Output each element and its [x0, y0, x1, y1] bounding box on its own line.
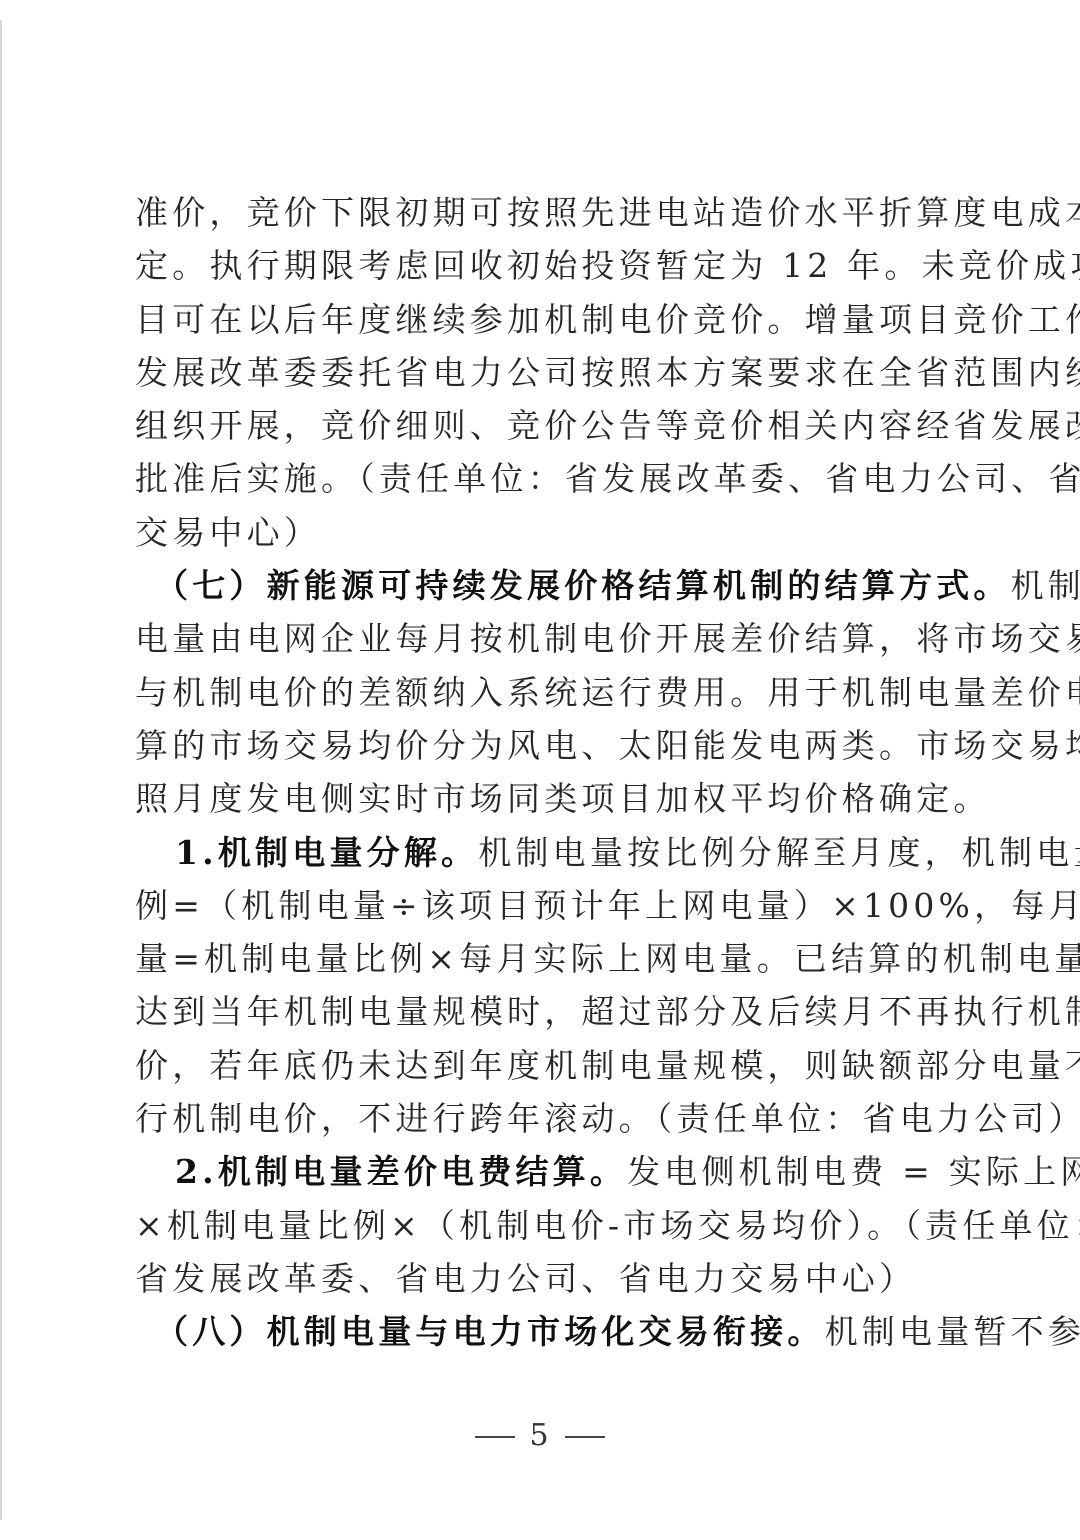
text-line: 批准后实施。（责任单位：省发展改革委、省电力公司、省电力 — [135, 452, 940, 505]
text-line: 目可在以后年度继续参加机制电价竞价。增量项目竞价工作由省 — [135, 293, 940, 346]
text-run: 机制电量暂不参 — [825, 1312, 1080, 1351]
text-run: 机制 — [1011, 566, 1080, 605]
text-line: 达到当年机制电量规模时，超过部分及后续月不再执行机制电 — [135, 985, 940, 1038]
dash-decoration — [565, 1436, 605, 1438]
text-line: 价，若年底仍未达到年度机制电量规模，则缺额部分电量不再执 — [135, 1039, 940, 1092]
subsection-2-paragraph: 2.机制电量差价电费结算。发电侧机制电费 = 实际上网电量 ×机制电量比例×（机… — [135, 1145, 940, 1305]
text-line: 行机制电价，不进行跨年滚动。（责任单位：省电力公司） — [135, 1092, 940, 1145]
document-body: 准价，竞价下限初期可按照先进电站造价水平折算度电成本确 定。执行期限考虑回收初始… — [135, 186, 940, 1359]
section-heading: （七）新能源可持续发展价格结算机制的结算方式。 — [155, 566, 1011, 605]
section-8-paragraph: （八）机制电量与电力市场化交易衔接。机制电量暂不参 — [135, 1305, 940, 1358]
text-line: 照月度发电侧实时市场同类项目加权平均价格确定。 — [135, 772, 940, 825]
paragraph-continuation: 准价，竞价下限初期可按照先进电站造价水平折算度电成本确 定。执行期限考虑回收初始… — [135, 186, 940, 559]
text-line: 发展改革委委托省电力公司按照本方案要求在全省范围内统一 — [135, 346, 940, 399]
section-7-paragraph: （七）新能源可持续发展价格结算机制的结算方式。机制 电量由电网企业每月按机制电价… — [135, 559, 940, 825]
subsection-heading: 2.机制电量差价电费结算。 — [175, 1152, 627, 1191]
text-line: 准价，竞价下限初期可按照先进电站造价水平折算度电成本确 — [135, 186, 940, 239]
text-line: 省发展改革委、省电力公司、省电力交易中心） — [135, 1252, 940, 1305]
text-run: 机制电量按比例分解至月度，机制电量比 — [478, 833, 1080, 872]
text-line: 例=（机制电量÷该项目预计年上网电量）×100%，每月机制电 — [135, 879, 940, 932]
text-line: （八）机制电量与电力市场化交易衔接。机制电量暂不参 — [135, 1305, 940, 1358]
text-line: ×机制电量比例×（机制电价-市场交易均价）。（责任单位： — [135, 1199, 940, 1252]
text-line: 1.机制电量分解。机制电量按比例分解至月度，机制电量比 — [135, 826, 940, 879]
dash-decoration — [475, 1436, 515, 1438]
text-line: 与机制电价的差额纳入系统运行费用。用于机制电量差价电费结 — [135, 666, 940, 719]
subsection-1-paragraph: 1.机制电量分解。机制电量按比例分解至月度，机制电量比 例=（机制电量÷该项目预… — [135, 826, 940, 1146]
text-line: 量=机制电量比例×每月实际上网电量。已结算的机制电量累计 — [135, 932, 940, 985]
page-footer: 5 — [0, 1418, 1080, 1453]
text-line: 定。执行期限考虑回收初始投资暂定为 12 年。未竞价成功的项 — [135, 239, 940, 292]
text-line: 2.机制电量差价电费结算。发电侧机制电费 = 实际上网电量 — [135, 1145, 940, 1198]
subsection-heading: 1.机制电量分解。 — [175, 833, 478, 872]
text-line: 算的市场交易均价分为风电、太阳能发电两类。市场交易均价按 — [135, 719, 940, 772]
page-number: 5 — [529, 1418, 550, 1453]
text-line: 组织开展，竞价细则、竞价公告等竞价相关内容经省发展改革委 — [135, 399, 940, 452]
scan-page-edge — [0, 20, 2, 1520]
text-line: 电量由电网企业每月按机制电价开展差价结算，将市场交易均价 — [135, 612, 940, 665]
text-line: 交易中心） — [135, 506, 940, 559]
text-line: （七）新能源可持续发展价格结算机制的结算方式。机制 — [135, 559, 940, 612]
section-heading: （八）机制电量与电力市场化交易衔接。 — [155, 1312, 825, 1351]
text-run: 发电侧机制电费 = 实际上网电量 — [627, 1152, 1080, 1191]
